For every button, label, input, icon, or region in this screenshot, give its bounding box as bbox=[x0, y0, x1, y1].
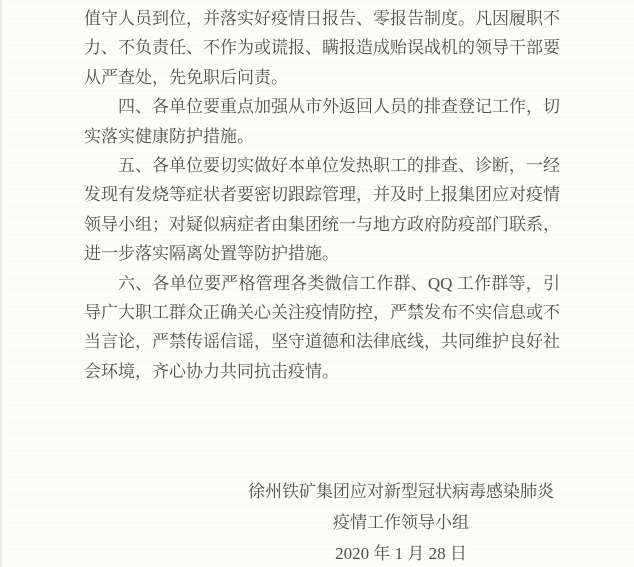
body-line: 领导小组；对疑似病症者由集团统一与地方政府防疫部门联系， bbox=[84, 210, 560, 239]
body-line: 从严查处，先免职后问责。 bbox=[84, 63, 560, 92]
body-line: 会环境，齐心协力共同抗击疫情。 bbox=[84, 357, 560, 386]
body-line-item-5: 五、各单位要切实做好本单位发热职工的排查、诊断，一经 bbox=[84, 151, 560, 180]
body-line: 导广大职工群众正确关心关注疫情防控，严禁发布不实信息或不 bbox=[84, 298, 560, 327]
body-line: 力、不负责任、不作为或谎报、瞒报造成贻误战机的领导干部要 bbox=[84, 33, 560, 62]
signature-org-line-1: 徐州铁矿集团应对新型冠状病毒感染肺炎 bbox=[248, 476, 554, 507]
body-line: 发现有发烧等症状者要密切跟踪管理，并及时上报集团应对疫情 bbox=[84, 180, 560, 209]
scan-edge-artifact bbox=[0, 0, 2, 567]
body-line-item-4: 四、各单位要重点加强从市外返回人员的排查登记工作，切 bbox=[84, 92, 560, 121]
body-line: 实落实健康防护措施。 bbox=[84, 122, 560, 151]
body-line: 值守人员到位，并落实好疫情日报告、零报告制度。凡因履职不 bbox=[84, 4, 560, 33]
signature-block: 徐州铁矿集团应对新型冠状病毒感染肺炎 疫情工作领导小组 2020 年 1 月 2… bbox=[248, 476, 554, 567]
signature-date: 2020 年 1 月 28 日 bbox=[248, 538, 554, 567]
body-line: 进一步落实隔离处置等防护措施。 bbox=[84, 239, 560, 268]
signature-org-line-2: 疫情工作领导小组 bbox=[248, 507, 554, 538]
scanned-document-page: 值守人员到位，并落实好疫情日报告、零报告制度。凡因履职不 力、不负责任、不作为或… bbox=[0, 0, 634, 567]
document-body: 值守人员到位，并落实好疫情日报告、零报告制度。凡因履职不 力、不负责任、不作为或… bbox=[84, 4, 560, 386]
body-line-item-6: 六、各单位要严格管理各类微信工作群、QQ 工作群等，引 bbox=[84, 269, 560, 298]
body-line: 当言论，严禁传谣信谣，坚守道德和法律底线，共同维护良好社 bbox=[84, 327, 560, 356]
